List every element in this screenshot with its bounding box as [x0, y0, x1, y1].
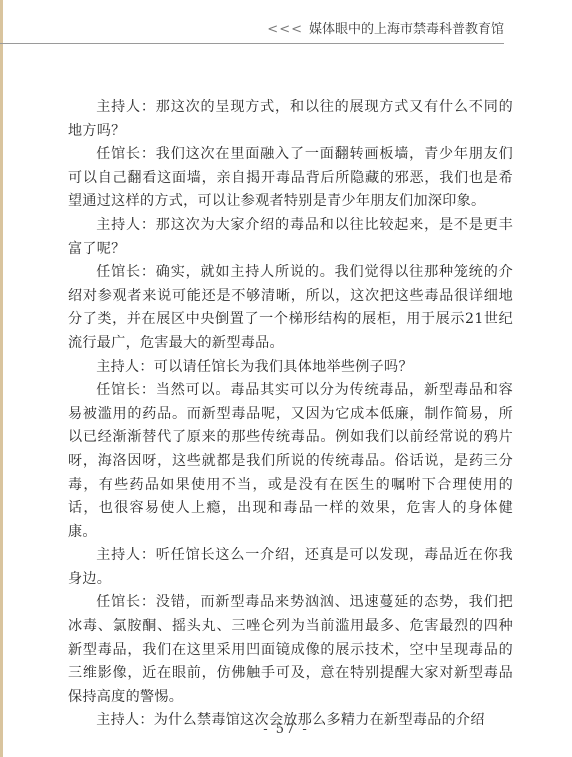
chevron-left-icon: <<< — [267, 22, 303, 37]
paragraph-curator: 任馆长：当然可以。毒品其实可以分为传统毒品，新型毒品和容易被滥用的药品。而新型毒… — [68, 379, 513, 544]
paragraph-host: 主持人：那这次为大家介绍的毒品和以往比较起来，是不是更丰富了呢？ — [68, 214, 513, 261]
paragraph-curator: 任馆长：确实，就如主持人所说的。我们觉得以往那种笼统的介绍对参观者来说可能还是不… — [68, 261, 513, 355]
paragraph-host: 主持人：听任馆长这么一介绍，还真是可以发现，毒品近在你我身边。 — [68, 544, 513, 591]
page-number: - 57 - — [0, 722, 572, 737]
chapter-title: 媒体眼中的上海市禁毒科普教育馆 — [309, 22, 504, 37]
page-edge-border — [0, 0, 3, 757]
paragraph-host: 主持人：可以请任馆长为我们具体地举些例子吗？ — [68, 356, 513, 380]
paragraph-curator: 任馆长：我们这次在里面融入了一面翻转画板墙，青少年朋友们可以自己翻看这面墙，亲自… — [68, 143, 513, 214]
body-text: 主持人：那这次的呈现方式，和以往的展现方式又有什么不同的地方吗？ 任馆长：我们这… — [68, 96, 513, 733]
paragraph-curator: 任馆长：没错，而新型毒品来势汹汹、迅速蔓延的态势，我们把冰毒、氯胺酮、摇头丸、三… — [68, 591, 513, 709]
paragraph-host: 主持人：那这次的呈现方式，和以往的展现方式又有什么不同的地方吗？ — [68, 96, 513, 143]
running-header: <<<媒体眼中的上海市禁毒科普教育馆 — [0, 19, 504, 44]
